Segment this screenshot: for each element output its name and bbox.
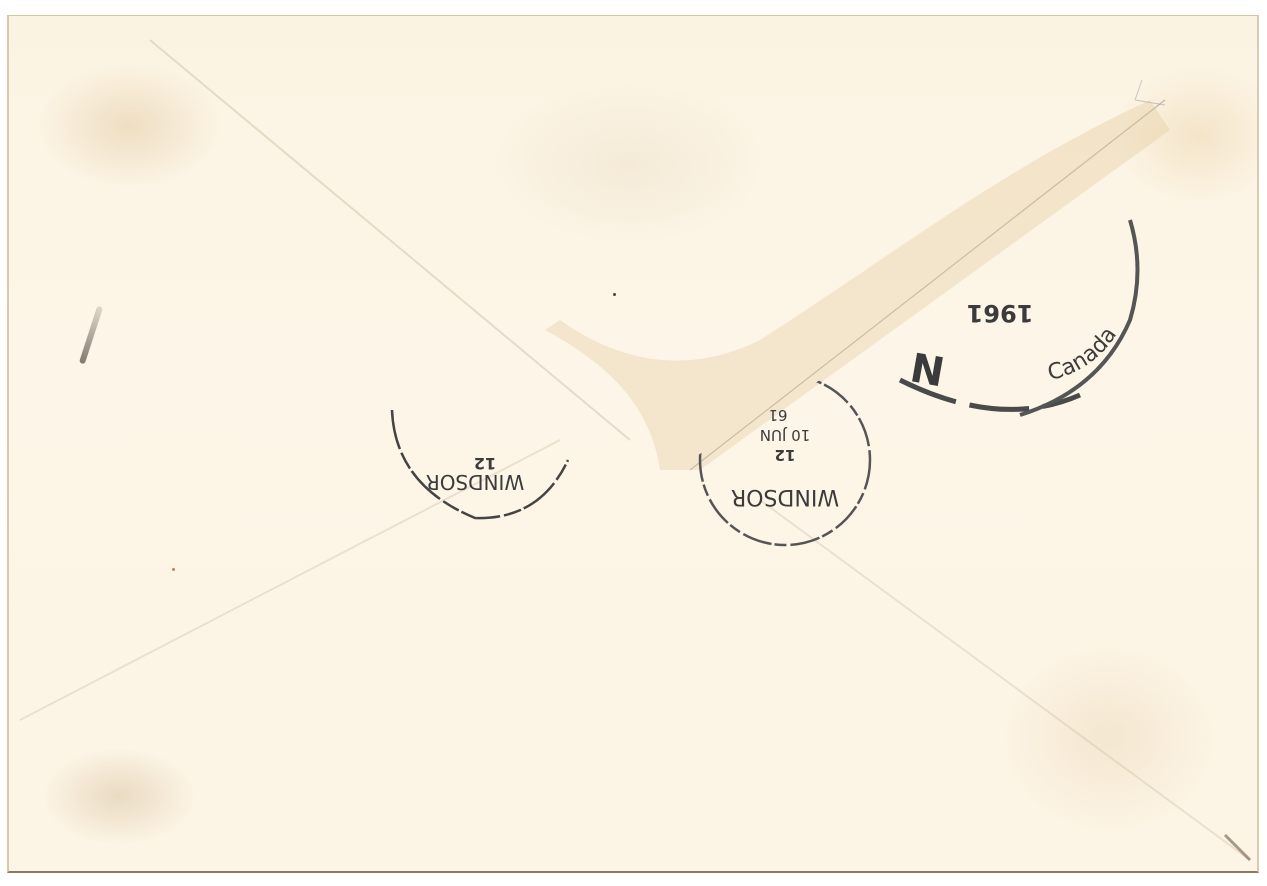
postmark-windsor-right-number: 12: [775, 446, 796, 464]
postmark-windsor-right-year: 61: [768, 406, 787, 424]
postmark-windsor-right-date: 10 JUN: [760, 426, 810, 444]
postmark-canada-year: 1961: [967, 299, 1034, 327]
speck: [613, 293, 616, 296]
postmark-windsor-left: WINDSOR 12: [380, 390, 580, 530]
postmark-windsor-right: WINDSOR 12 10 JUN 61: [690, 380, 890, 550]
postmark-canada-month: N: [907, 342, 948, 393]
postmark-canada: 1961 N Canada: [880, 180, 1160, 440]
postmark-windsor-right-arc-text: WINDSOR: [731, 484, 839, 509]
speck: [172, 568, 175, 571]
postmark-windsor-left-number: 12: [474, 454, 496, 473]
envelope-flap-lines: [0, 0, 1267, 886]
